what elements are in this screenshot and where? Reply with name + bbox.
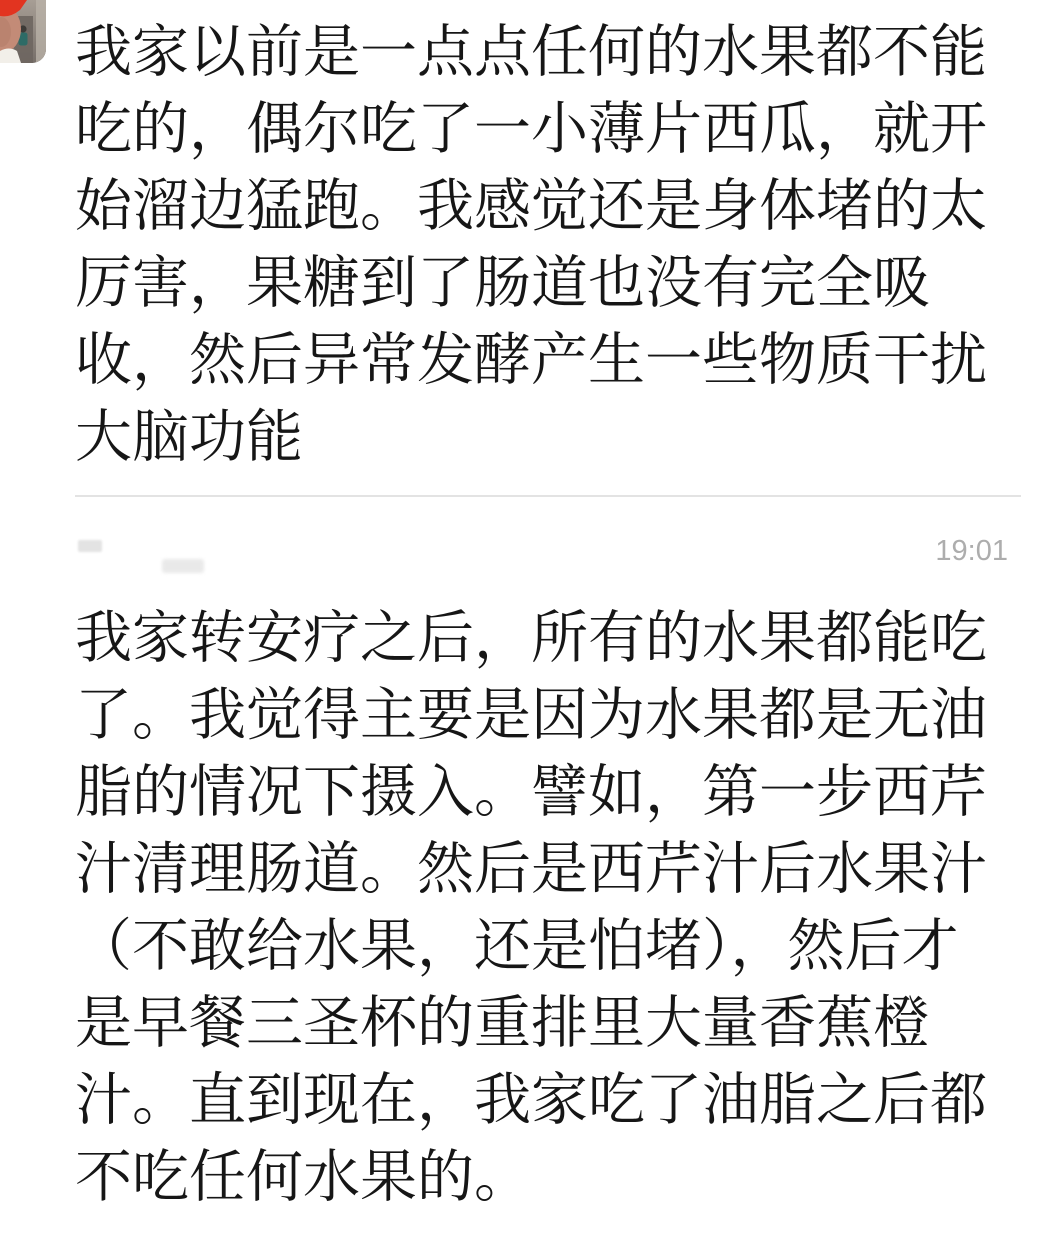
message-2-line: 不吃任何水果的。 xyxy=(75,1139,1025,1216)
message-1-line: 收，然后异常发酵产生一些物质干扰 xyxy=(75,322,1025,399)
message-2-line: 汁。直到现在，我家吃了油脂之后都 xyxy=(75,1062,1025,1139)
avatar-photo-icon xyxy=(0,0,46,63)
message-2-line: 我家转安疗之后，所有的水果都能吃 xyxy=(75,600,1025,677)
message-1-line: 大脑功能 xyxy=(75,399,1025,476)
message-2-line: 是早餐三圣杯的重排里大量香蕉橙 xyxy=(75,985,1025,1062)
message-2[interactable]: 我家转安疗之后，所有的水果都能吃 了。我觉得主要是因为水果都是无油 脂的情况下摄… xyxy=(75,600,1025,1216)
chat-screen: 我家以前是一点点任何的水果都不能 吃的，偶尔吃了一小薄片西瓜，就开 始溜边猛跑。… xyxy=(0,0,1055,1253)
message-1-line: 始溜边猛跑。我感觉还是身体堵的太 xyxy=(75,168,1025,245)
sender-avatar[interactable] xyxy=(0,0,46,63)
screenshot-stitch-divider xyxy=(75,495,1021,497)
timestamp: 19:01 xyxy=(935,536,1008,566)
message-2-line: 脂的情况下摄入。譬如，第一步西芹 xyxy=(75,754,1025,831)
message-1-line: 吃的，偶尔吃了一小薄片西瓜，就开 xyxy=(75,91,1025,168)
message-2-line: 汁清理肠道。然后是西芹汁后水果汁 xyxy=(75,831,1025,908)
message-1-line: 我家以前是一点点任何的水果都不能 xyxy=(75,14,1025,91)
message-1[interactable]: 我家以前是一点点任何的水果都不能 吃的，偶尔吃了一小薄片西瓜，就开 始溜边猛跑。… xyxy=(75,14,1025,476)
redacted-nickname-remnant xyxy=(162,559,204,573)
redacted-nickname-remnant xyxy=(78,540,102,552)
message-2-line: 了。我觉得主要是因为水果都是无油 xyxy=(75,677,1025,754)
message-1-line: 厉害，果糖到了肠道也没有完全吸 xyxy=(75,245,1025,322)
message-2-line: （不敢给水果，还是怕堵），然后才 xyxy=(75,908,1025,985)
